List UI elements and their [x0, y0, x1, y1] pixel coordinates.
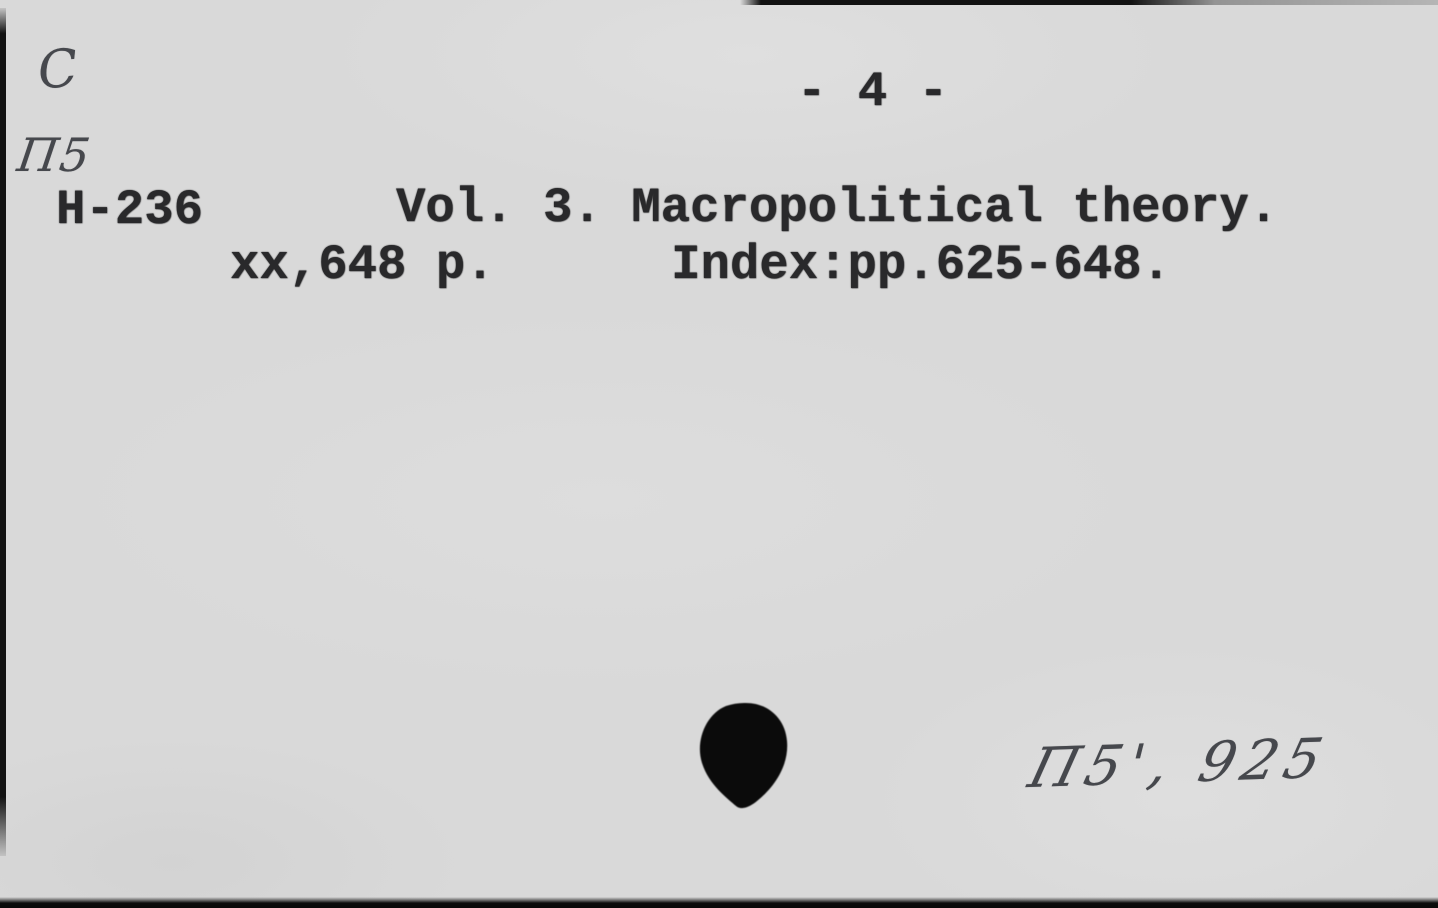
handwritten-letter-c: C	[36, 42, 80, 97]
entry-title-line: Vol. 3. Macropolitical theory.	[396, 184, 1278, 233]
entry-collation-line: xx,648 p. Index:pp.625-648.	[230, 241, 1171, 290]
scan-edge-top	[740, 0, 1438, 5]
scan-edge-bottom	[0, 897, 1438, 908]
scanned-catalog-page: C - 4 - П5 H-236 Vol. 3. Macropolitical …	[0, 0, 1438, 908]
handwritten-shelf-note: П5', 925	[1024, 731, 1335, 796]
page-number: - 4 -	[797, 68, 949, 117]
scan-edge-left	[0, 8, 6, 856]
handwritten-class-mark: П5	[15, 132, 95, 178]
entry-call-number: H-236	[56, 186, 203, 235]
ink-blot-icon	[697, 700, 791, 812]
